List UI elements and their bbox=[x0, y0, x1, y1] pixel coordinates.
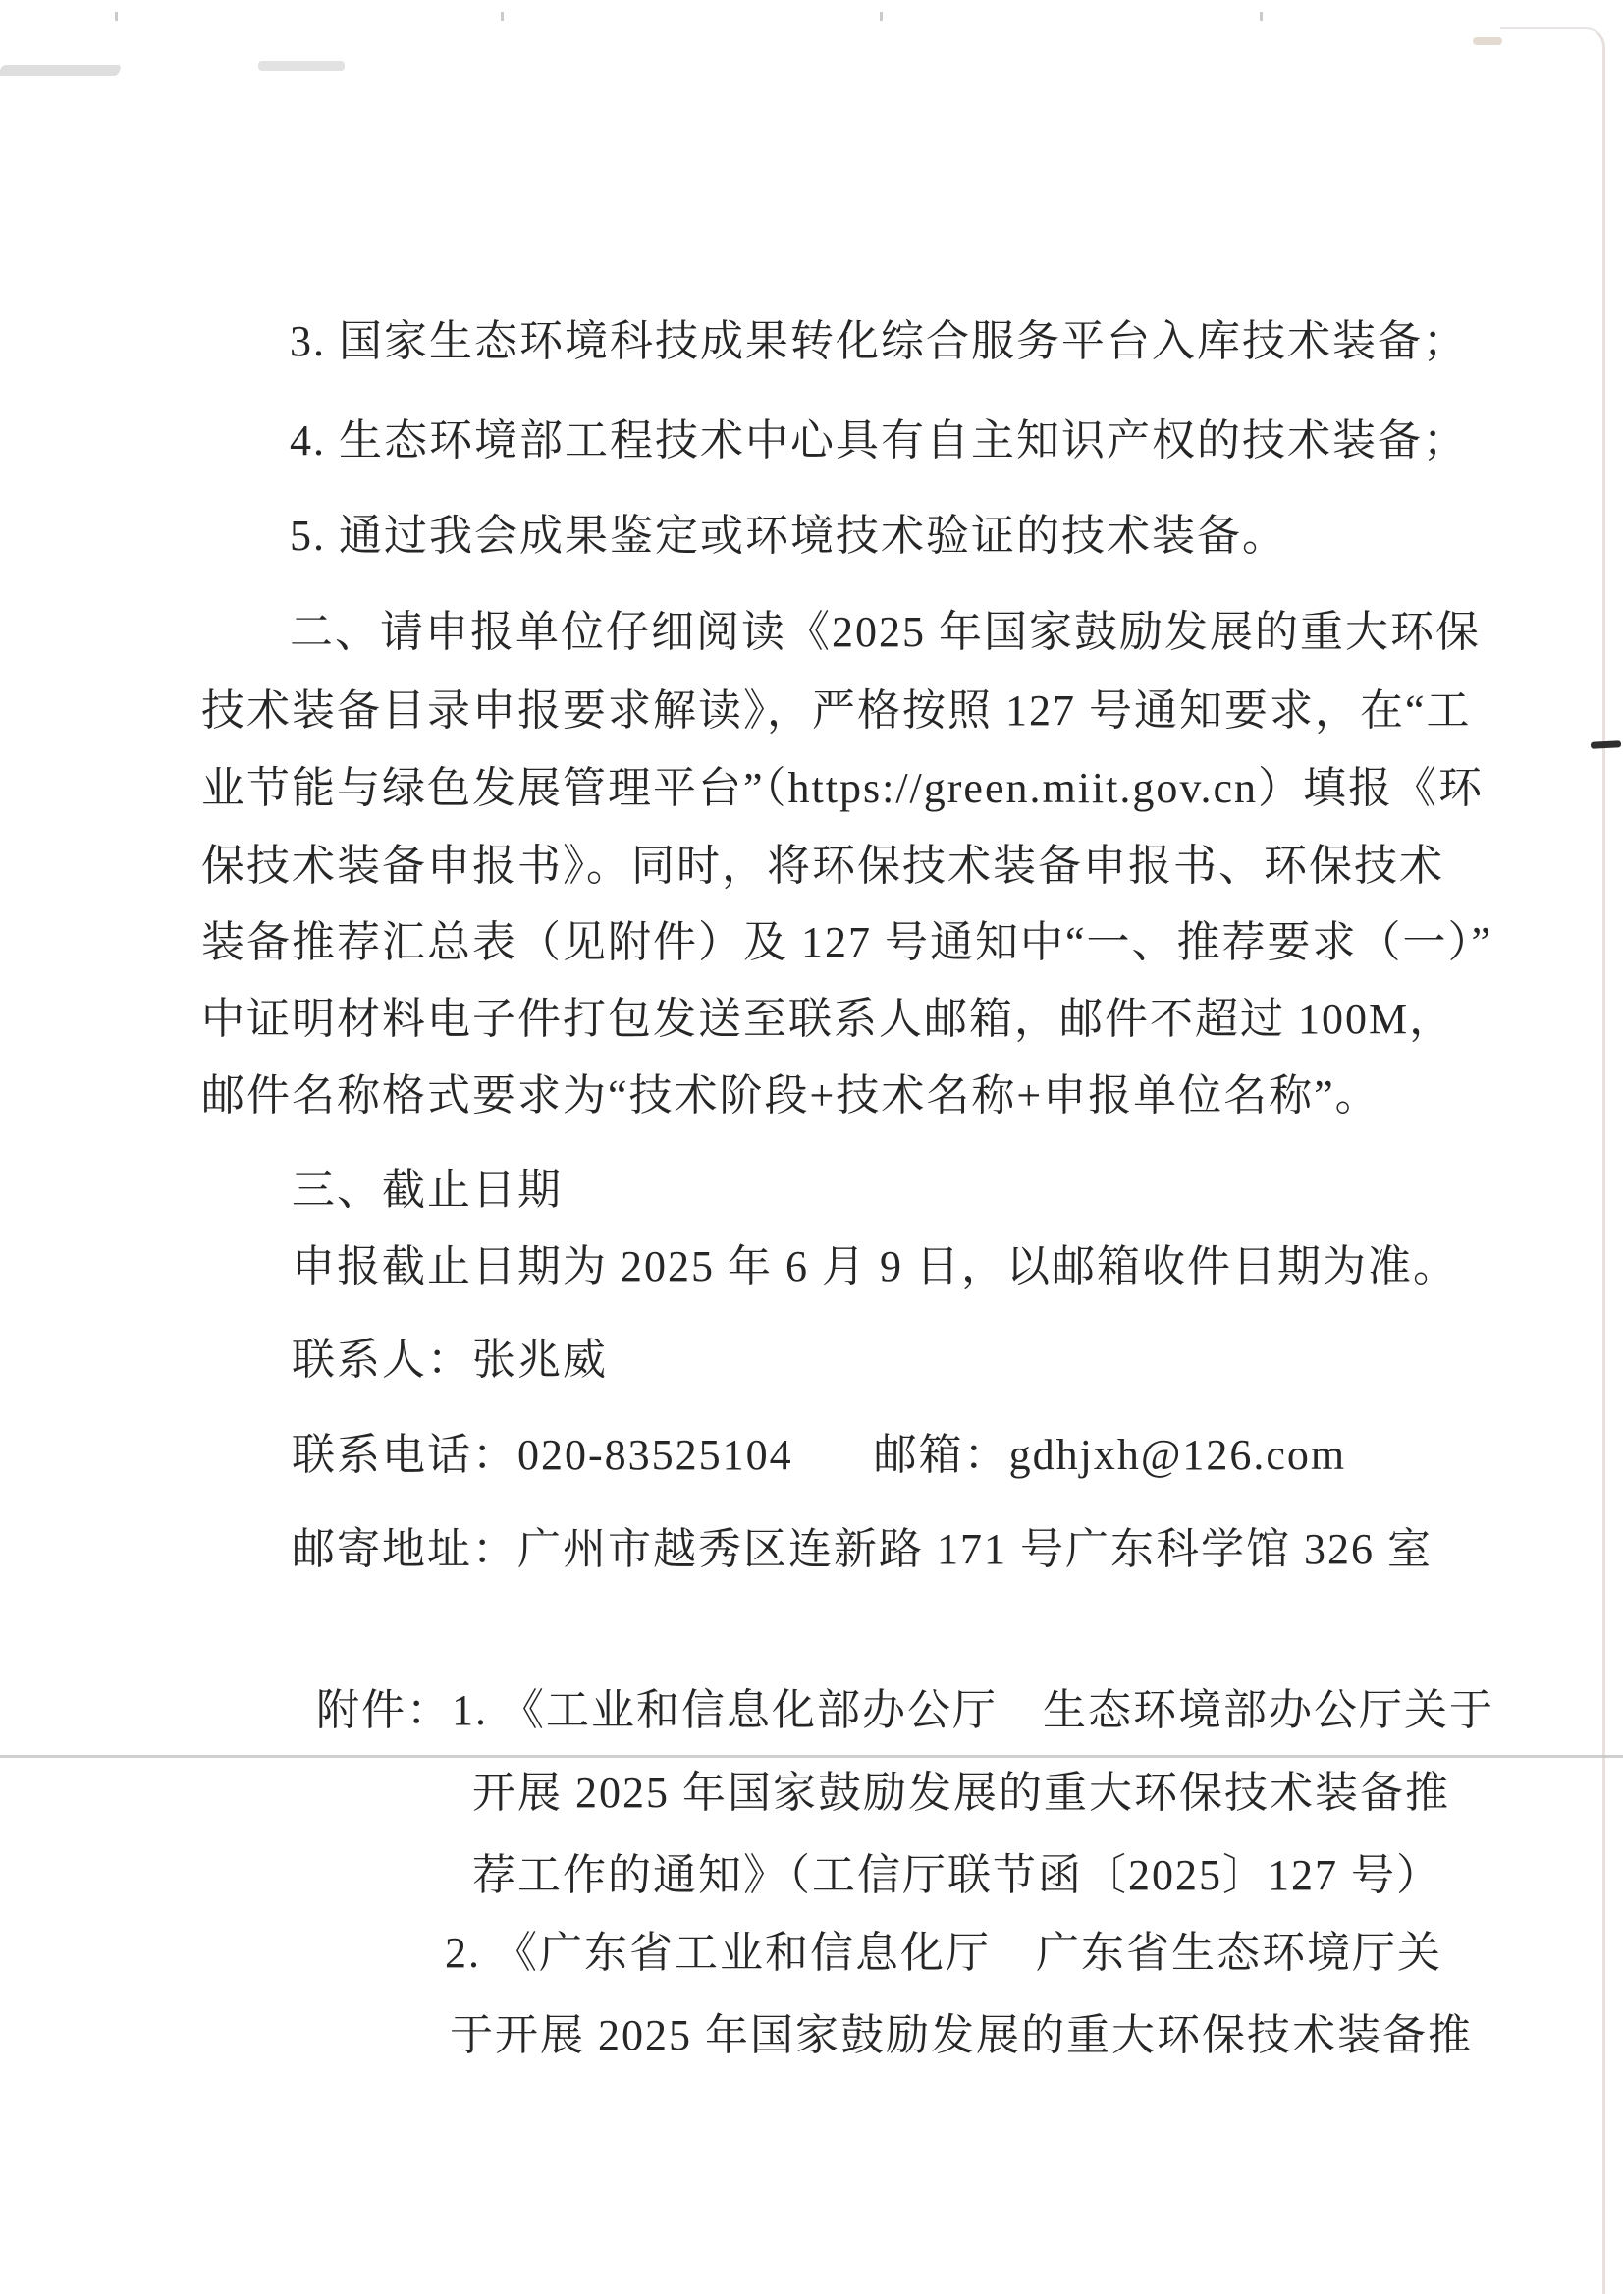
scan-tick-mark bbox=[880, 12, 883, 21]
contact-address-line: 邮寄地址：广州市越秀区连新路 171 号广东科学馆 326 室 bbox=[292, 1524, 1433, 1576]
phone-label: 联系电话： bbox=[292, 1431, 517, 1479]
scan-tick-mark bbox=[1260, 12, 1263, 21]
numbered-item-5: 5. 通过我会成果鉴定或环境技术验证的技术装备。 bbox=[290, 511, 1287, 563]
section2-line: 邮件名称格式要求为“技术阶段+技术名称+申报单位名称”。 bbox=[201, 1070, 1380, 1122]
numbered-item-3: 3. 国家生态环境科技成果转化综合服务平台入库技术装备； bbox=[290, 316, 1468, 368]
attachment-line: 开展 2025 年国家鼓励发展的重大环保技术装备推 bbox=[472, 1768, 1450, 1820]
ink-dash-mark bbox=[1591, 740, 1621, 749]
section2-line: 技术装备目录申报要求解读》，严格按照 127 号通知要求，在“工 bbox=[201, 685, 1472, 738]
attachment-line: 2. 《广东省工业和信息化厅 广东省生态环境厅关 bbox=[445, 1928, 1442, 1980]
scan-line-horizontal bbox=[0, 1755, 1623, 1758]
section2-line: 业节能与绿色发展管理平台”（https://green.miit.gov.cn）… bbox=[201, 763, 1484, 815]
contact-person-line: 联系人：张兆威 bbox=[292, 1335, 608, 1387]
numbered-item-4: 4. 生态环境部工程技术中心具有自主知识产权的技术装备； bbox=[290, 415, 1468, 467]
address-label: 邮寄地址： bbox=[292, 1525, 517, 1573]
contact-phone-line: 联系电话：020-83525104邮箱：gdhjxh@126.com bbox=[292, 1430, 1346, 1482]
scan-speck bbox=[1473, 37, 1502, 45]
phone-number: 020-83525104 bbox=[517, 1431, 793, 1479]
email-address: gdhjxh@126.com bbox=[1009, 1431, 1347, 1479]
attachment-line: 于开展 2025 年国家鼓励发展的重大环保技术装备推 bbox=[450, 2010, 1473, 2062]
email-label: 邮箱： bbox=[874, 1431, 1009, 1479]
attachment-line: 附件：1. 《工业和信息化部办公厅 生态环境部办公厅关于 bbox=[316, 1685, 1494, 1737]
scan-tick-mark bbox=[115, 12, 118, 21]
section2-line: 二、请申报单位仔细阅读《2025 年国家鼓励发展的重大环保 bbox=[290, 607, 1481, 659]
scan-tick-mark bbox=[501, 12, 504, 21]
attachment-line: 荐工作的通知》（工信厅联节函〔2025〕127 号） bbox=[472, 1850, 1441, 1902]
contact-person-name: 张兆威 bbox=[472, 1336, 608, 1384]
deadline-line: 申报截止日期为 2025 年 6 月 9 日，以邮箱收件日期为准。 bbox=[292, 1241, 1458, 1293]
section2-line: 中证明材料电子件打包发送至联系人邮箱，邮件不超过 100M， bbox=[201, 994, 1454, 1046]
contact-person-label: 联系人： bbox=[292, 1336, 472, 1384]
section2-line: 保技术装备申报书》。同时，将环保技术装备申报书、环保技术 bbox=[201, 841, 1444, 893]
scanned-document-page: 3. 国家生态环境科技成果转化综合服务平台入库技术装备； 4. 生态环境部工程技… bbox=[0, 0, 1623, 2296]
section3-heading: 三、截止日期 bbox=[292, 1165, 563, 1217]
address-value: 广州市越秀区连新路 171 号广东科学馆 326 室 bbox=[517, 1525, 1433, 1573]
scan-page-edge-line bbox=[1500, 27, 1605, 2294]
scan-smudge-left-2 bbox=[258, 61, 345, 71]
scan-smudge-left bbox=[0, 65, 122, 76]
section2-line: 装备推荐汇总表（见附件）及 127 号通知中“一、推荐要求（一）” bbox=[201, 917, 1492, 969]
